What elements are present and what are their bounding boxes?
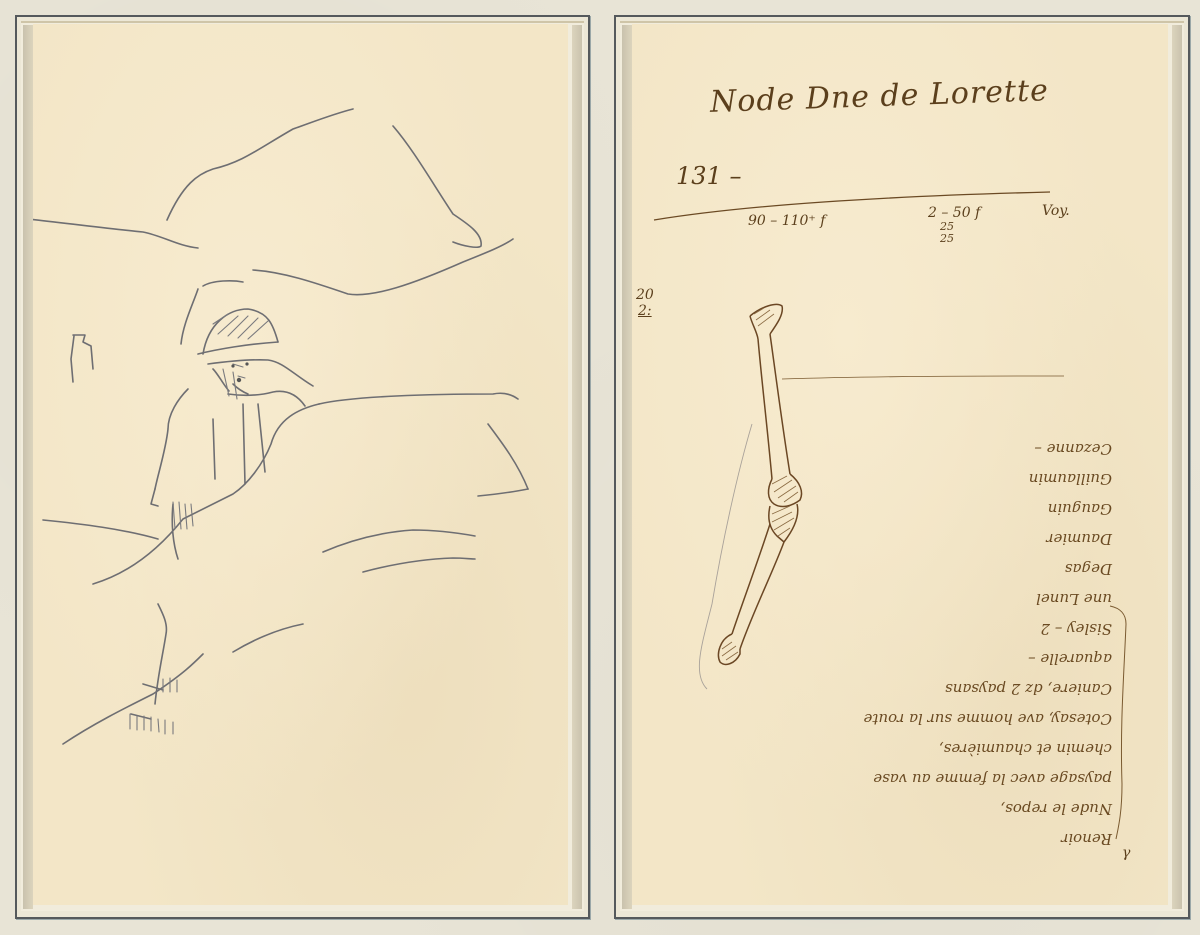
pencil-sketch [33,24,568,905]
measure-right-mid: 25 [940,221,954,232]
left-mat-shadow [23,25,33,909]
note-line: Guillaumin [802,464,1112,494]
note-line: Cezanne – [802,434,1112,464]
note-line: chemin et chaumières, [802,734,1112,764]
corner-mark: γ [1122,846,1130,860]
note-line: Nude le repos, [802,794,1112,824]
measure-right-top: 2 – 50 f [928,206,980,220]
note-line: Gauguin [802,494,1112,524]
note-line: Renoir [802,824,1112,854]
margin-number-top: 20 [636,288,654,302]
margin-number-bottom: 2: [638,304,652,318]
note-line: une Lunel [802,584,1112,614]
right-mat-shadow [622,25,632,909]
page-number-inscription: 131 – [676,164,741,188]
voy-label: Voy. [1042,204,1070,218]
right-mat-shadow-right [1172,25,1182,909]
measure-right-bottom: 25 [940,233,954,244]
note-line: Cotesay, ave homme sur la route [802,704,1112,734]
note-line: Daumier [802,524,1112,554]
note-line: paysage avec la femme au vase [802,764,1112,794]
right-sheet: Node Dne de Lorette 131 – 90 – 110⁺ f 2 … [632,24,1168,905]
left-sheet [33,24,568,905]
note-line: Sisley – 2 [802,614,1112,644]
left-mat-shadow-right [572,25,582,909]
note-line: aquarelle – [802,644,1112,674]
note-line: Degas [802,554,1112,584]
measure-left: 90 – 110⁺ f [748,214,825,228]
upside-down-notes: Renoir Nude le repos, paysage avec la fe… [802,394,1112,854]
note-line: Caniere, dz 2 paysans [802,674,1112,704]
